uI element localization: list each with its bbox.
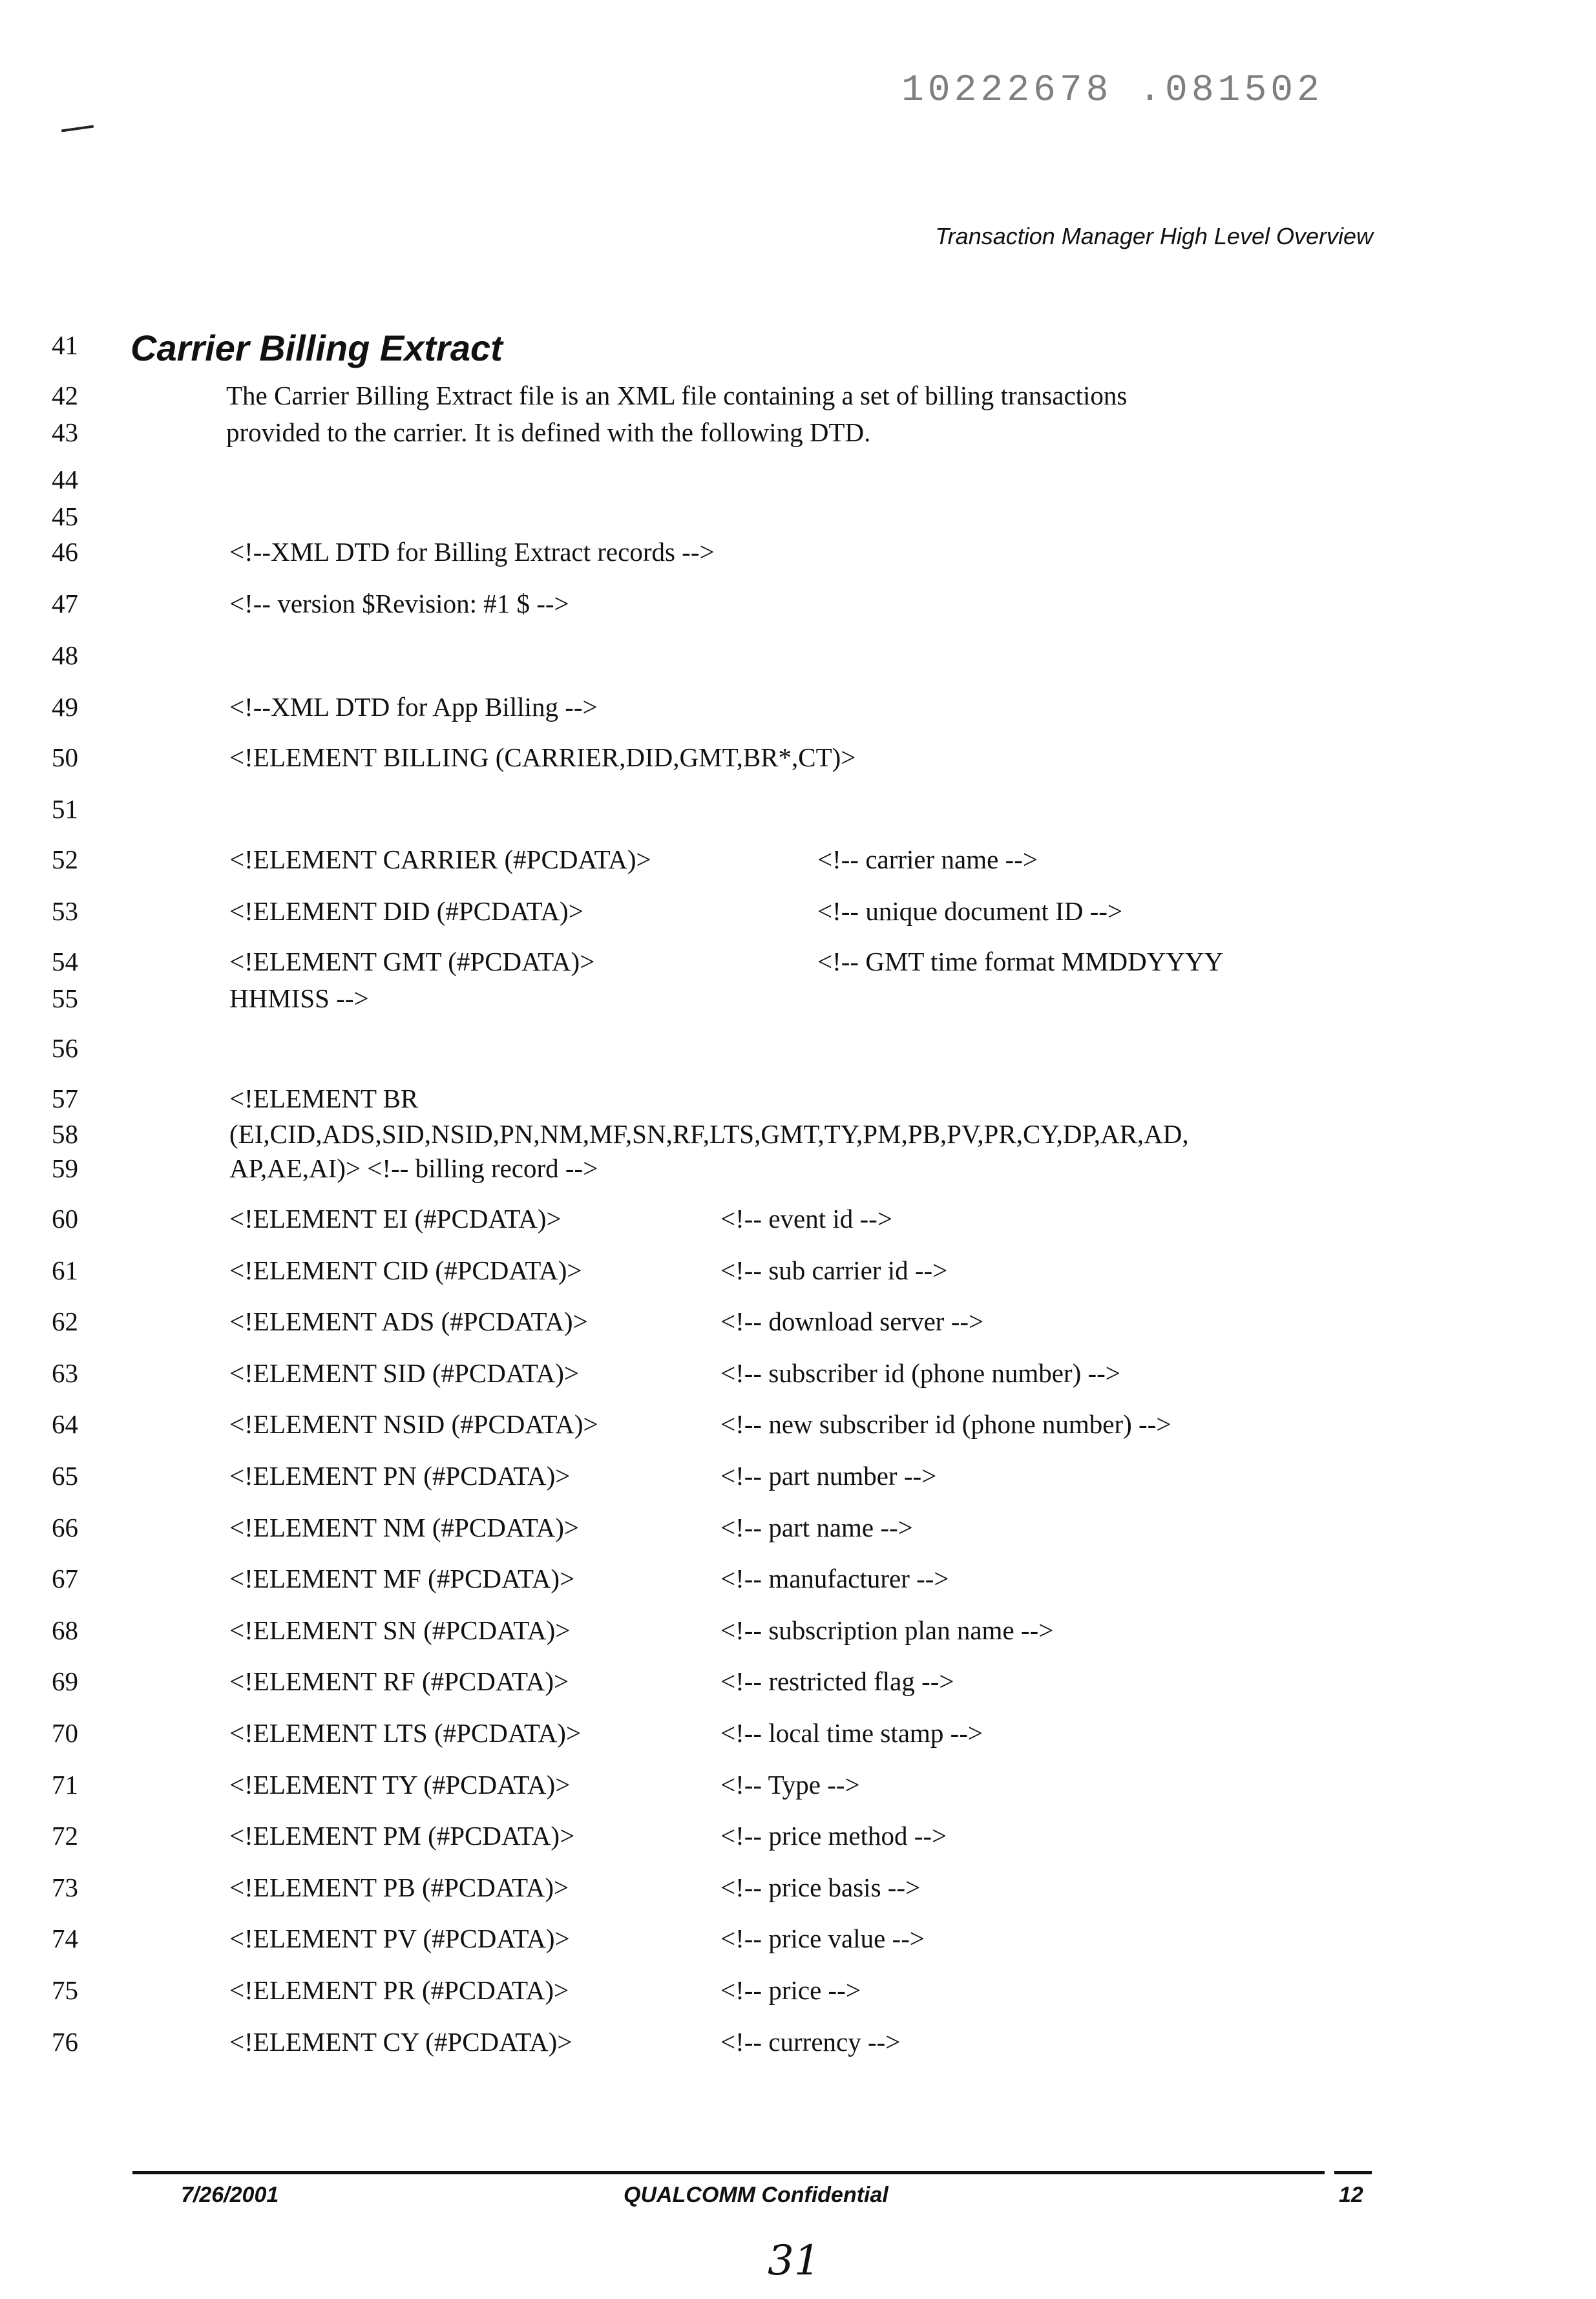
line-number: 63 xyxy=(52,1358,97,1389)
line-number: 56 xyxy=(52,1033,97,1064)
section-title: Carrier Billing Extract xyxy=(131,327,503,369)
line-number: 45 xyxy=(52,501,97,532)
footer-confidential: QUALCOMM Confidential xyxy=(624,2183,888,2208)
line-number: 51 xyxy=(52,793,97,824)
line-number: 76 xyxy=(52,2026,97,2057)
dtd-element: <!ELEMENT PV (#PCDATA)> xyxy=(229,1923,570,1954)
line-number: 42 xyxy=(52,380,97,411)
line-number: 68 xyxy=(52,1615,97,1646)
dtd-element: <!ELEMENT PM (#PCDATA)> xyxy=(229,1820,574,1851)
line-number: 50 xyxy=(52,742,97,773)
dtd-element: <!ELEMENT CID (#PCDATA)> xyxy=(229,1255,582,1286)
line-number: 60 xyxy=(52,1203,97,1234)
line-number: 65 xyxy=(52,1460,97,1491)
footer-rule xyxy=(132,2171,1325,2174)
line-number: 64 xyxy=(52,1409,97,1440)
dtd-element: <!ELEMENT SID (#PCDATA)> xyxy=(229,1358,579,1389)
dtd-element: <!ELEMENT PR (#PCDATA)> xyxy=(229,1975,569,2006)
dtd-comment: <!-- carrier name --> xyxy=(817,844,1038,875)
running-header: Transaction Manager High Level Overview xyxy=(935,223,1373,250)
dtd-element: <!ELEMENT NSID (#PCDATA)> xyxy=(229,1409,598,1440)
dtd-element: <!ELEMENT MF (#PCDATA)> xyxy=(229,1563,574,1594)
dtd-element: <!ELEMENT LTS (#PCDATA)> xyxy=(229,1717,581,1748)
dtd-element: <!ELEMENT NM (#PCDATA)> xyxy=(229,1512,579,1543)
document-stamp: 10222678 .081502 xyxy=(901,70,1323,112)
line-number: 48 xyxy=(52,640,97,671)
scan-artifact xyxy=(61,125,94,132)
line-number: 46 xyxy=(52,536,97,567)
dtd-element: <!ELEMENT RF (#PCDATA)> xyxy=(229,1666,569,1697)
line-number: 44 xyxy=(52,464,97,495)
line-number: 67 xyxy=(52,1563,97,1594)
line-number: 54 xyxy=(52,946,97,977)
line-number: 59 xyxy=(52,1153,97,1184)
handwritten-page-number: 31 xyxy=(768,2237,820,2285)
dtd-element: <!ELEMENT CARRIER (#PCDATA)> xyxy=(229,844,651,875)
dtd-element: <!ELEMENT BR xyxy=(229,1083,418,1114)
line-number: 71 xyxy=(52,1769,97,1800)
line-number: 73 xyxy=(52,1872,97,1903)
dtd-comment: <!--XML DTD for Billing Extract records … xyxy=(229,536,715,567)
line-number: 58 xyxy=(52,1118,97,1149)
line-number: 55 xyxy=(52,983,97,1014)
dtd-element: <!ELEMENT CY (#PCDATA)> xyxy=(229,2026,572,2057)
dtd-element: <!ELEMENT EI (#PCDATA)> xyxy=(229,1203,562,1234)
line-number: 52 xyxy=(52,844,97,875)
line-number: 69 xyxy=(52,1666,97,1697)
paragraph-line: provided to the carrier. It is defined w… xyxy=(226,417,870,448)
dtd-element: <!ELEMENT TY (#PCDATA)> xyxy=(229,1769,570,1800)
line-number: 61 xyxy=(52,1255,97,1286)
dtd-comment: <!-- part name --> xyxy=(720,1512,913,1543)
dtd-comment: <!-- sub carrier id --> xyxy=(720,1255,947,1286)
line-number: 66 xyxy=(52,1512,97,1543)
dtd-comment: <!-- price basis --> xyxy=(720,1872,920,1903)
dtd-comment-continuation: HHMISS --> xyxy=(229,983,369,1014)
dtd-comment: <!--XML DTD for App Billing --> xyxy=(229,691,598,722)
dtd-comment: <!-- restricted flag --> xyxy=(720,1666,954,1697)
dtd-comment: <!-- subscription plan name --> xyxy=(720,1615,1053,1646)
dtd-element: (EI,CID,ADS,SID,NSID,PN,NM,MF,SN,RF,LTS,… xyxy=(229,1118,1189,1149)
dtd-element: <!ELEMENT DID (#PCDATA)> xyxy=(229,896,583,927)
dtd-comment: <!-- download server --> xyxy=(720,1306,983,1337)
dtd-element: <!ELEMENT BILLING (CARRIER,DID,GMT,BR*,C… xyxy=(229,742,856,773)
dtd-comment: <!-- manufacturer --> xyxy=(720,1563,949,1594)
dtd-comment: <!-- version $Revision: #1 $ --> xyxy=(229,588,569,619)
line-number: 43 xyxy=(52,417,97,448)
line-number: 75 xyxy=(52,1975,97,2006)
dtd-comment: <!-- price value --> xyxy=(720,1923,925,1954)
dtd-comment: <!-- local time stamp --> xyxy=(720,1717,983,1748)
dtd-element: <!ELEMENT PN (#PCDATA)> xyxy=(229,1460,570,1491)
dtd-element: <!ELEMENT SN (#PCDATA)> xyxy=(229,1615,570,1646)
line-number: 53 xyxy=(52,896,97,927)
line-number: 70 xyxy=(52,1717,97,1748)
dtd-comment: <!-- price method --> xyxy=(720,1820,947,1851)
footer-rule xyxy=(1334,2171,1372,2174)
footer-page-number: 12 xyxy=(1339,2183,1363,2208)
dtd-element: AP,AE,AI)> <!-- billing record --> xyxy=(229,1153,598,1184)
dtd-comment: <!-- part number --> xyxy=(720,1460,936,1491)
line-number: 74 xyxy=(52,1923,97,1954)
dtd-comment: <!-- subscriber id (phone number) --> xyxy=(720,1358,1120,1389)
dtd-element: <!ELEMENT PB (#PCDATA)> xyxy=(229,1872,569,1903)
paragraph-line: The Carrier Billing Extract file is an X… xyxy=(226,380,1127,411)
footer-date: 7/26/2001 xyxy=(181,2183,278,2208)
dtd-comment: <!-- event id --> xyxy=(720,1203,892,1234)
dtd-comment: <!-- unique document ID --> xyxy=(817,896,1122,927)
dtd-element: <!ELEMENT ADS (#PCDATA)> xyxy=(229,1306,588,1337)
dtd-comment: <!-- GMT time format MMDDYYYY xyxy=(817,946,1223,977)
dtd-element: <!ELEMENT GMT (#PCDATA)> xyxy=(229,946,594,977)
dtd-comment: <!-- new subscriber id (phone number) --… xyxy=(720,1409,1171,1440)
line-number: 47 xyxy=(52,588,97,619)
line-number: 72 xyxy=(52,1820,97,1851)
dtd-comment: <!-- Type --> xyxy=(720,1769,860,1800)
line-number: 62 xyxy=(52,1306,97,1337)
line-number: 57 xyxy=(52,1083,97,1114)
line-number: 41 xyxy=(52,330,97,361)
line-number: 49 xyxy=(52,691,97,722)
dtd-comment: <!-- currency --> xyxy=(720,2026,900,2057)
dtd-comment: <!-- price --> xyxy=(720,1975,861,2006)
